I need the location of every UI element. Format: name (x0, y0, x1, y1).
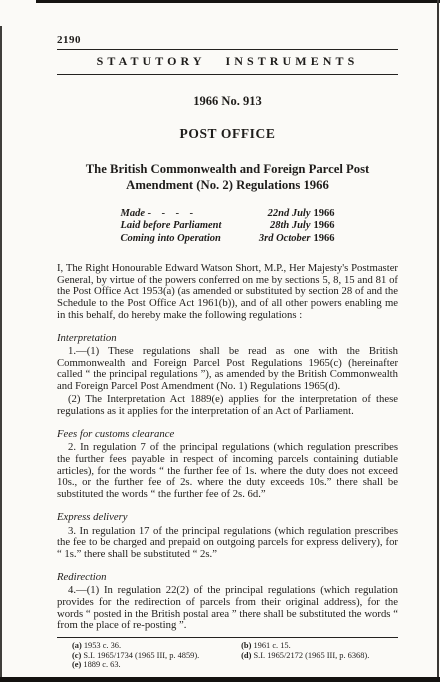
date-label: Laid before Parliament (121, 220, 222, 232)
scan-artifact-top-edge (36, 0, 440, 3)
footnote-text: 1889 c. 63. (83, 660, 120, 669)
date-value-date: 3rd October (259, 233, 311, 244)
footnotes-left-column: (a) 1953 c. 36. (c) S.I. 1965/1734 (1965… (57, 641, 241, 670)
preamble-paragraph: I, The Right Honourable Edward Watson Sh… (57, 263, 398, 321)
page-number-row: 2190 (57, 30, 398, 50)
page-number: 2190 (57, 34, 81, 46)
section-heading-interpretation: Interpretation (57, 333, 398, 345)
footnote-marker: (e) (72, 660, 81, 669)
date-row-made: Made - - - - 22nd July1966 (121, 208, 335, 220)
footnote-item-c: (c) S.I. 1965/1734 (1965 III, p. 4859). (72, 651, 241, 661)
date-value: 22nd July1966 (268, 208, 335, 220)
regulation-paragraph-1-1: 1.—(1) These regulations shall be read a… (57, 346, 398, 392)
section-heading-fees: Fees for customs clearance (57, 429, 398, 441)
page-content: 2190 STATUTORY INSTRUMENTS 1966 No. 913 … (57, 30, 398, 670)
scan-artifact-left-edge (0, 26, 2, 682)
footnote-text: 1953 c. 36. (84, 641, 121, 650)
regulation-paragraph-2: 2. In regulation 7 of the principal regu… (57, 442, 398, 500)
footnote-text: S.I. 1965/1734 (1965 III, p. 4859). (83, 651, 199, 660)
footnotes-right-column: (b) 1961 c. 15. (d) S.I. 1965/2172 (1965… (241, 641, 398, 670)
regulation-paragraph-3: 3. In regulation 17 of the principal reg… (57, 526, 398, 561)
dates-table: Made - - - - 22nd July1966 Laid before P… (121, 208, 335, 245)
instrument-number: 1966 No. 913 (57, 94, 398, 109)
instrument-title-line-2: Amendment (No. 2) Regulations 1966 (57, 177, 398, 193)
date-value-year: 1966 (314, 220, 335, 231)
instrument-title: The British Commonwealth and Foreign Par… (57, 161, 398, 193)
scan-artifact-bottom-edge (0, 677, 440, 682)
instrument-title-line-1: The British Commonwealth and Foreign Par… (57, 161, 398, 177)
regulation-paragraph-1-2: (2) The Interpretation Act 1889(e) appli… (57, 394, 398, 417)
footnote-marker: (b) (241, 641, 251, 650)
department-heading: POST OFFICE (57, 126, 398, 142)
date-row-operation: Coming into Operation 3rd October1966 (121, 233, 335, 245)
footnote-text: 1961 c. 15. (253, 641, 290, 650)
footnote-text: S.I. 1965/2172 (1965 III, p. 6368). (253, 651, 369, 660)
footnote-marker: (a) (72, 641, 82, 650)
date-label: Made - - - - (121, 208, 194, 220)
date-label: Coming into Operation (121, 233, 221, 245)
date-value-year: 1966 (314, 233, 335, 244)
date-row-laid: Laid before Parliament 28th July1966 (121, 220, 335, 232)
footnote-item-b: (b) 1961 c. 15. (241, 641, 398, 651)
regulation-paragraph-4: 4.—(1) In regulation 22(2) of the princi… (57, 585, 398, 631)
section-heading-express-delivery: Express delivery (57, 512, 398, 524)
footnote-marker: (d) (241, 651, 251, 660)
date-value: 28th July1966 (270, 220, 335, 232)
date-value: 3rd October1966 (259, 233, 335, 245)
date-value-date: 22nd July (268, 208, 311, 219)
footnote-item-e: (e) 1889 c. 63. (72, 660, 241, 670)
footnote-item-a: (a) 1953 c. 36. (72, 641, 241, 651)
footnote-item-d: (d) S.I. 1965/2172 (1965 III, p. 6368). (241, 651, 398, 661)
date-value-year: 1966 (314, 208, 335, 219)
date-value-date: 28th July (270, 220, 311, 231)
section-heading-redirection: Redirection (57, 572, 398, 584)
series-title: STATUTORY INSTRUMENTS (57, 50, 398, 75)
footnote-marker: (c) (72, 651, 81, 660)
scan-artifact-right-edge (437, 0, 439, 682)
scanned-document-page: 2190 STATUTORY INSTRUMENTS 1966 No. 913 … (0, 0, 440, 682)
footnotes-block: (a) 1953 c. 36. (c) S.I. 1965/1734 (1965… (57, 637, 398, 670)
